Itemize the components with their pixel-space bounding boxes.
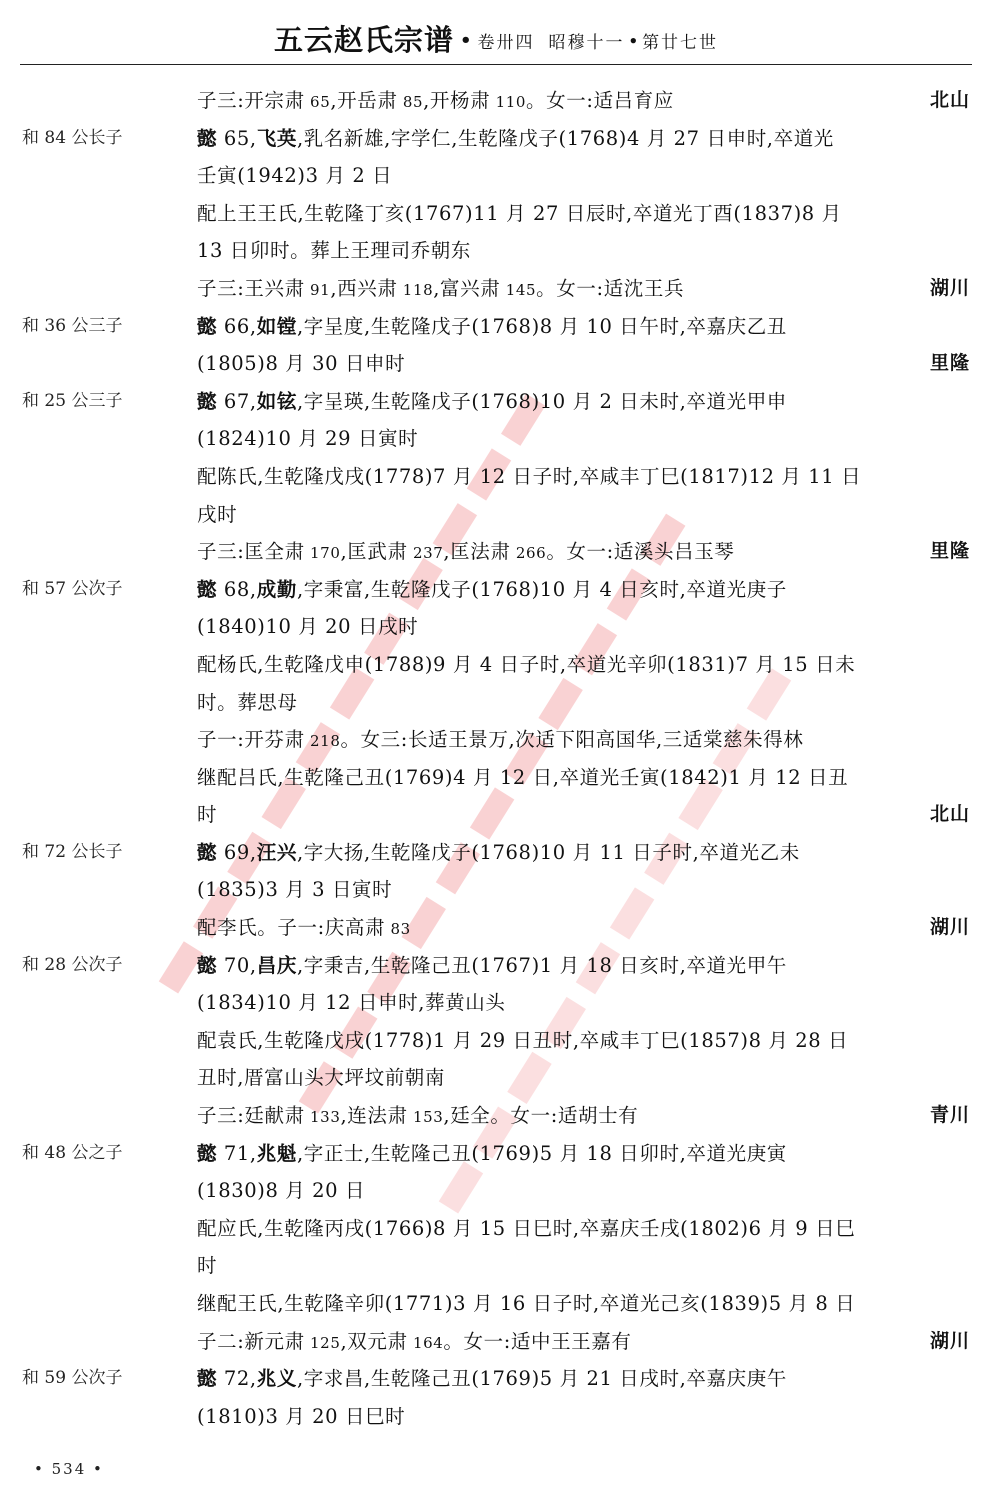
- entry-line: 和 48 公之子懿 71,兆魁,字正士,生乾隆己丑(1769)5 月 18 日卯…: [0, 1135, 992, 1173]
- entry-line: 壬寅(1942)3 月 2 日: [0, 157, 992, 195]
- entry-text: 继配王氏,生乾隆辛卯(1771)3 月 16 日子时,卒道光己亥(1839)5 …: [197, 1285, 855, 1323]
- text-segment: (1824)10 月 29 日寅时: [197, 427, 418, 450]
- lineage-note: 和 84 公长子: [22, 120, 122, 158]
- bold-name: 兆义: [257, 1367, 297, 1390]
- text-segment: 。女一:适吕育应: [526, 89, 674, 112]
- bold-name: 懿: [197, 127, 217, 150]
- entry-text: 配杨氏,生乾隆戊申(1788)9 月 4 日子时,卒道光辛卯(1831)7 月 …: [197, 646, 855, 684]
- text-segment: ,匡武肃: [340, 540, 407, 563]
- volume-label: 卷卅四: [477, 33, 534, 53]
- residence-label: 里隆: [930, 533, 970, 571]
- entry-text: 懿 68,成勤,字秉富,生乾隆戊子(1768)10 月 4 日亥时,卒道光庚子: [197, 571, 787, 609]
- header-separator-2: •: [628, 32, 638, 50]
- lineage-note: 和 25 公三子: [22, 383, 122, 421]
- text-segment: 子一:开芬肃: [197, 728, 305, 751]
- text-segment: 68,: [217, 578, 257, 601]
- bold-name: 飞英: [257, 127, 297, 150]
- entry-line: 时: [0, 1247, 992, 1285]
- entry-text: 懿 71,兆魁,字正士,生乾隆己丑(1769)5 月 18 日卯时,卒道光庚寅: [197, 1135, 787, 1173]
- text-segment: 。女一:适沈王兵: [536, 277, 684, 300]
- genealogy-entries: 子三:开宗肃 65,开岳肃 85,开杨肃 110。女一:适吕育应北山和 84 公…: [0, 82, 992, 1435]
- entry-line: 继配吕氏,生乾隆己丑(1769)4 月 12 日,卒道光壬寅(1842)1 月 …: [0, 759, 992, 797]
- entry-line: 和 36 公三子懿 66,如镗,字呈度,生乾隆戊子(1768)8 月 10 日午…: [0, 308, 992, 346]
- entry-text: 子三:匡全肃 170,匡武肃 237,匡法肃 266。女一:适溪头吕玉琴: [197, 533, 734, 573]
- text-segment: 67,: [217, 390, 257, 413]
- lineage-note: 和 72 公长子: [22, 834, 122, 872]
- text-segment: 65,: [217, 127, 257, 150]
- entry-line: (1835)3 月 3 日寅时: [0, 871, 992, 909]
- entry-text: 懿 70,昌庆,字秉吉,生乾隆己丑(1767)1 月 18 日亥时,卒道光甲午: [197, 947, 787, 985]
- lineage-note: 和 36 公三子: [22, 308, 122, 346]
- page-header: 五云赵氏宗谱•卷卅四昭穆十一•第廿七世: [0, 18, 992, 58]
- entry-text: 配陈氏,生乾隆戊戌(1778)7 月 12 日子时,卒咸丰丁巳(1817)12 …: [197, 458, 861, 496]
- text-segment: 72,: [217, 1367, 257, 1390]
- entry-text: 懿 65,飞英,乳名新雄,字学仁,生乾隆戊子(1768)4 月 27 日申时,卒…: [197, 120, 834, 158]
- entry-text: (1840)10 月 20 日戌时: [197, 608, 418, 646]
- text-segment: 壬寅(1942)3 月 2 日: [197, 164, 392, 187]
- entry-text: 懿 67,如铉,字呈瑛,生乾隆戊子(1768)10 月 2 日未时,卒道光甲申: [197, 383, 787, 421]
- lineage-note: 和 28 公次子: [22, 947, 122, 985]
- text-segment: ,富兴肃: [433, 277, 500, 300]
- entry-line: 子三:廷献肃 133,连法肃 153,廷全。女一:适胡士有青川: [0, 1097, 992, 1135]
- residence-label: 湖川: [930, 909, 970, 947]
- entry-line: (1824)10 月 29 日寅时: [0, 420, 992, 458]
- bold-name: 懿: [197, 954, 217, 977]
- text-segment: (1834)10 月 12 日申时,葬黄山头: [197, 991, 505, 1014]
- text-segment: 继配王氏,生乾隆辛卯(1771)3 月 16 日子时,卒道光己亥(1839)5 …: [197, 1292, 855, 1315]
- entry-text: 配李氏。子一:庆高肃 83: [197, 909, 411, 949]
- entry-text: 壬寅(1942)3 月 2 日: [197, 157, 392, 195]
- text-segment: 110: [490, 93, 526, 111]
- entry-text: (1824)10 月 29 日寅时: [197, 420, 418, 458]
- text-segment: 83: [385, 920, 411, 938]
- bold-name: 懿: [197, 1367, 217, 1390]
- entry-text: 懿 69,汪兴,字大扬,生乾隆戊子(1768)10 月 11 日子时,卒道光乙未: [197, 834, 800, 872]
- entry-line: 和 28 公次子懿 70,昌庆,字秉吉,生乾隆己丑(1767)1 月 18 日亥…: [0, 947, 992, 985]
- entry-text: 子三:廷献肃 133,连法肃 153,廷全。女一:适胡士有: [197, 1097, 638, 1137]
- residence-label: 湖川: [930, 270, 970, 308]
- text-segment: (1840)10 月 20 日戌时: [197, 615, 418, 638]
- text-segment: 继配吕氏,生乾隆己丑(1769)4 月 12 日,卒道光壬寅(1842)1 月 …: [197, 766, 848, 789]
- text-segment: 。女三:长适王景万,次适下阳高国华,三适棠慈朱得林: [340, 728, 803, 751]
- entry-text: 子一:开芬肃 218。女三:长适王景万,次适下阳高国华,三适棠慈朱得林: [197, 721, 803, 761]
- entry-line: 13 日卯时。葬上王理司乔朝东: [0, 232, 992, 270]
- text-segment: ,字正士,生乾隆己丑(1769)5 月 18 日卯时,卒道光庚寅: [297, 1142, 787, 1165]
- entry-line: (1834)10 月 12 日申时,葬黄山头: [0, 984, 992, 1022]
- text-segment: (1810)3 月 20 日巳时: [197, 1405, 405, 1428]
- text-segment: 66,: [217, 315, 257, 338]
- entry-text: (1834)10 月 12 日申时,葬黄山头: [197, 984, 505, 1022]
- bold-name: 懿: [197, 390, 217, 413]
- entry-text: 继配吕氏,生乾隆己丑(1769)4 月 12 日,卒道光壬寅(1842)1 月 …: [197, 759, 848, 797]
- generation-label: 第廿七世: [642, 33, 718, 53]
- lineage-note: 和 57 公次子: [22, 571, 122, 609]
- text-segment: ,连法肃: [340, 1104, 407, 1127]
- text-segment: 85: [397, 93, 423, 111]
- lineage-note: 和 59 公次子: [22, 1360, 122, 1398]
- entry-text: 配上王王氏,生乾隆丁亥(1767)11 月 27 日辰时,卒道光丁酉(1837)…: [197, 195, 842, 233]
- text-segment: (1805)8 月 30 日申时: [197, 352, 405, 375]
- entry-text: 戌时: [197, 496, 237, 534]
- text-segment: 65: [305, 93, 331, 111]
- header-separator: •: [460, 30, 472, 51]
- text-segment: ,字大扬,生乾隆戊子(1768)10 月 11 日子时,卒道光乙未: [297, 841, 800, 864]
- text-segment: 配袁氏,生乾隆戊戌(1778)1 月 29 日丑时,卒咸丰丁巳(1857)8 月…: [197, 1029, 848, 1052]
- bold-name: 汪兴: [257, 841, 297, 864]
- text-segment: ,匡法肃: [443, 540, 510, 563]
- entry-line: 子三:王兴肃 91,西兴肃 118,富兴肃 145。女一:适沈王兵湖川: [0, 270, 992, 308]
- entry-line: 和 72 公长子懿 69,汪兴,字大扬,生乾隆戊子(1768)10 月 11 日…: [0, 834, 992, 872]
- entry-line: 和 25 公三子懿 67,如铉,字呈瑛,生乾隆戊子(1768)10 月 2 日未…: [0, 383, 992, 421]
- entry-text: 时。葬思母: [197, 684, 298, 722]
- bold-name: 兆魁: [257, 1142, 297, 1165]
- text-segment: 配上王王氏,生乾隆丁亥(1767)11 月 27 日辰时,卒道光丁酉(1837)…: [197, 202, 842, 225]
- entry-line: 戌时: [0, 496, 992, 534]
- entry-line: (1830)8 月 20 日: [0, 1172, 992, 1210]
- entry-line: 和 84 公长子懿 65,飞英,乳名新雄,字学仁,生乾隆戊子(1768)4 月 …: [0, 120, 992, 158]
- text-segment: ,字呈瑛,生乾隆戊子(1768)10 月 2 日未时,卒道光甲申: [297, 390, 787, 413]
- entry-text: (1805)8 月 30 日申时: [197, 345, 405, 383]
- entry-text: 懿 66,如镗,字呈度,生乾隆戊子(1768)8 月 10 日午时,卒嘉庆乙丑: [197, 308, 787, 346]
- residence-label: 北山: [930, 796, 970, 834]
- text-segment: 218: [305, 732, 341, 750]
- text-segment: 。女一:适溪头吕玉琴: [546, 540, 734, 563]
- text-segment: ,西兴肃: [330, 277, 397, 300]
- entry-text: 时: [197, 1247, 217, 1285]
- text-segment: 164: [408, 1334, 444, 1352]
- text-segment: 170: [305, 544, 341, 562]
- entry-line: 丑时,厝富山头大坪坟前朝南: [0, 1059, 992, 1097]
- text-segment: 子三:王兴肃: [197, 277, 305, 300]
- lineage-note: 和 48 公之子: [22, 1135, 122, 1173]
- entry-line: 子二:新元肃 125,双元肃 164。女一:适中王王嘉有湖川: [0, 1323, 992, 1361]
- text-segment: 戌时: [197, 503, 237, 526]
- text-segment: 266: [511, 544, 547, 562]
- residence-label: 湖川: [930, 1323, 970, 1361]
- text-segment: ,双元肃: [340, 1330, 407, 1353]
- bold-name: 懿: [197, 578, 217, 601]
- entry-text: 时: [197, 796, 217, 834]
- text-segment: 时: [197, 1254, 217, 1277]
- text-segment: 子三:廷献肃: [197, 1104, 305, 1127]
- header-rule: [20, 64, 972, 65]
- residence-label: 青川: [930, 1097, 970, 1135]
- text-segment: ,字秉吉,生乾隆己丑(1767)1 月 18 日亥时,卒道光甲午: [297, 954, 787, 977]
- entry-line: 子三:开宗肃 65,开岳肃 85,开杨肃 110。女一:适吕育应北山: [0, 82, 992, 120]
- text-segment: 时: [197, 803, 217, 826]
- text-segment: 133: [305, 1108, 341, 1126]
- entry-text: 13 日卯时。葬上王理司乔朝东: [197, 232, 471, 270]
- text-segment: 70,: [217, 954, 257, 977]
- bold-name: 如铉: [257, 390, 297, 413]
- entry-text: 子三:开宗肃 65,开岳肃 85,开杨肃 110。女一:适吕育应: [197, 82, 674, 122]
- text-segment: 145: [500, 281, 536, 299]
- text-segment: 子三:开宗: [197, 89, 285, 112]
- text-segment: 13 日卯时。葬上王理司乔朝东: [197, 239, 471, 262]
- bold-name: 昌庆: [257, 954, 297, 977]
- text-segment: (1830)8 月 20 日: [197, 1179, 365, 1202]
- entry-line: (1840)10 月 20 日戌时: [0, 608, 992, 646]
- text-segment: 125: [305, 1334, 341, 1352]
- text-segment: ,开岳肃: [330, 89, 397, 112]
- bold-name: 懿: [197, 841, 217, 864]
- entry-text: 子三:王兴肃 91,西兴肃 118,富兴肃 145。女一:适沈王兵: [197, 270, 684, 310]
- bold-name: 懿: [197, 1142, 217, 1165]
- bold-name: 懿: [197, 315, 217, 338]
- bold-name: 如镗: [257, 315, 297, 338]
- text-segment: ,字呈度,生乾隆戊子(1768)8 月 10 日午时,卒嘉庆乙丑: [297, 315, 787, 338]
- residence-label: 里隆: [930, 345, 970, 383]
- text-segment: 237: [408, 544, 444, 562]
- text-segment: 时。葬思母: [197, 691, 298, 714]
- entry-line: 配陈氏,生乾隆戊戌(1778)7 月 12 日子时,卒咸丰丁巳(1817)12 …: [0, 458, 992, 496]
- entry-line: 配应氏,生乾隆丙戌(1766)8 月 15 日巳时,卒嘉庆壬戌(1802)6 月…: [0, 1210, 992, 1248]
- text-segment: 71,: [217, 1142, 257, 1165]
- page-number: • 534 •: [34, 1460, 104, 1478]
- text-segment: ,字求昌,生乾隆己丑(1769)5 月 21 日戌时,卒嘉庆庚午: [297, 1367, 787, 1390]
- entry-line: (1810)3 月 20 日巳时: [0, 1398, 992, 1436]
- entry-line: (1805)8 月 30 日申时里隆: [0, 345, 992, 383]
- text-segment: 91: [305, 281, 331, 299]
- entry-text: (1810)3 月 20 日巳时: [197, 1398, 405, 1436]
- section-label: 昭穆十一: [548, 33, 624, 53]
- text-segment: 配李氏。子一:庆高肃: [197, 916, 385, 939]
- entry-text: 配袁氏,生乾隆戊戌(1778)1 月 29 日丑时,卒咸丰丁巳(1857)8 月…: [197, 1022, 848, 1060]
- entry-text: (1830)8 月 20 日: [197, 1172, 365, 1210]
- entry-line: 子三:匡全肃 170,匡武肃 237,匡法肃 266。女一:适溪头吕玉琴里隆: [0, 533, 992, 571]
- text-segment: 配应氏,生乾隆丙戌(1766)8 月 15 日巳时,卒嘉庆壬戌(1802)6 月…: [197, 1217, 855, 1240]
- entry-text: 配应氏,生乾隆丙戌(1766)8 月 15 日巳时,卒嘉庆壬戌(1802)6 月…: [197, 1210, 855, 1248]
- text-segment: 配杨氏,生乾隆戊申(1788)9 月 4 日子时,卒道光辛卯(1831)7 月 …: [197, 653, 855, 676]
- residence-label: 北山: [930, 82, 970, 120]
- entry-line: 配袁氏,生乾隆戊戌(1778)1 月 29 日丑时,卒咸丰丁巳(1857)8 月…: [0, 1022, 992, 1060]
- text-segment: 69,: [217, 841, 257, 864]
- text-segment: 。女一:适中王王嘉有: [443, 1330, 631, 1353]
- text-segment: 子三:匡全肃: [197, 540, 305, 563]
- book-title: 五云赵氏宗谱: [274, 23, 454, 57]
- entry-text: (1835)3 月 3 日寅时: [197, 871, 392, 909]
- text-segment: 153: [408, 1108, 444, 1126]
- entry-line: 子一:开芬肃 218。女三:长适王景万,次适下阳高国华,三适棠慈朱得林: [0, 721, 992, 759]
- entry-line: 时北山: [0, 796, 992, 834]
- text-segment: ,开杨肃: [423, 89, 490, 112]
- entry-line: 继配王氏,生乾隆辛卯(1771)3 月 16 日子时,卒道光己亥(1839)5 …: [0, 1285, 992, 1323]
- entry-line: 和 59 公次子懿 72,兆义,字求昌,生乾隆己丑(1769)5 月 21 日戌…: [0, 1360, 992, 1398]
- text-segment: 118: [397, 281, 433, 299]
- entry-line: 时。葬思母: [0, 684, 992, 722]
- text-segment: (1835)3 月 3 日寅时: [197, 878, 392, 901]
- entry-text: 丑时,厝富山头大坪坟前朝南: [197, 1059, 445, 1097]
- entry-text: 子二:新元肃 125,双元肃 164。女一:适中王王嘉有: [197, 1323, 631, 1363]
- text-segment: 配陈氏,生乾隆戊戌(1778)7 月 12 日子时,卒咸丰丁巳(1817)12 …: [197, 465, 861, 488]
- text-segment: 丑时,厝富山头大坪坟前朝南: [197, 1066, 445, 1089]
- text-segment: ,字秉富,生乾隆戊子(1768)10 月 4 日亥时,卒道光庚子: [297, 578, 787, 601]
- text-segment: 肃: [285, 89, 305, 112]
- text-segment: ,乳名新雄,字学仁,生乾隆戊子(1768)4 月 27 日申时,卒道光: [297, 127, 834, 150]
- text-segment: 子二:新元肃: [197, 1330, 305, 1353]
- text-segment: ,廷全。女一:适胡士有: [443, 1104, 638, 1127]
- entry-line: 配李氏。子一:庆高肃 83湖川: [0, 909, 992, 947]
- entry-line: 和 57 公次子懿 68,成勤,字秉富,生乾隆戊子(1768)10 月 4 日亥…: [0, 571, 992, 609]
- entry-line: 配杨氏,生乾隆戊申(1788)9 月 4 日子时,卒道光辛卯(1831)7 月 …: [0, 646, 992, 684]
- entry-line: 配上王王氏,生乾隆丁亥(1767)11 月 27 日辰时,卒道光丁酉(1837)…: [0, 195, 992, 233]
- entry-text: 懿 72,兆义,字求昌,生乾隆己丑(1769)5 月 21 日戌时,卒嘉庆庚午: [197, 1360, 787, 1398]
- bold-name: 成勤: [257, 578, 297, 601]
